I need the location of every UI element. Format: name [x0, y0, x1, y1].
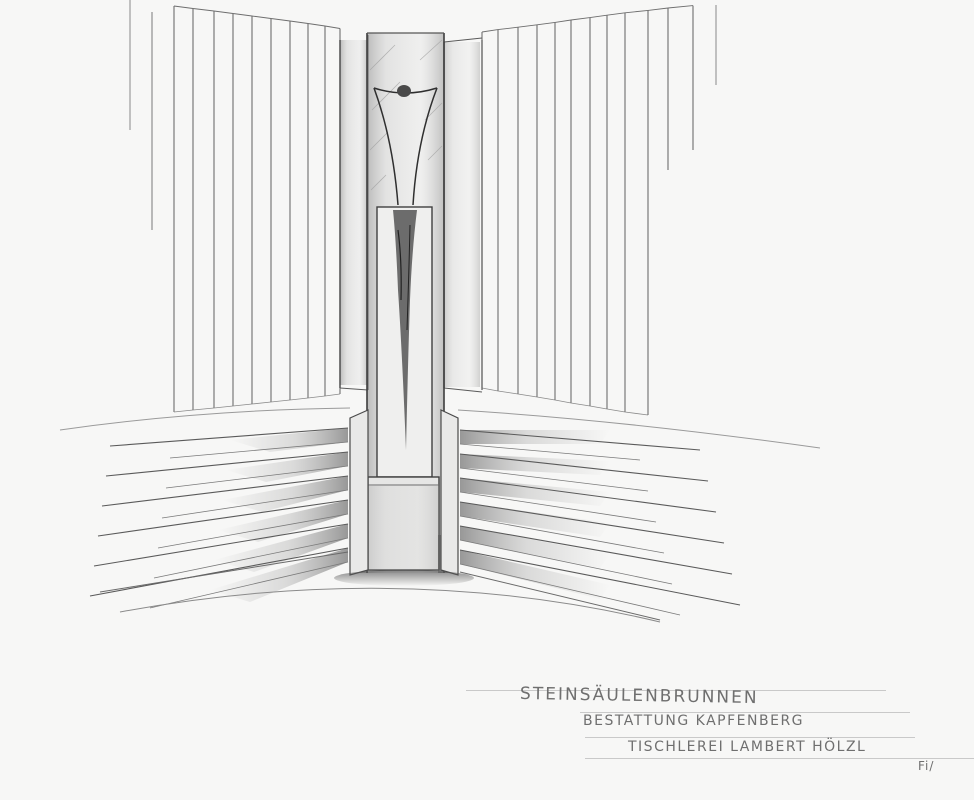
right-recess — [444, 38, 482, 392]
drawing-title: Steinsäulenbrunnen — [520, 684, 759, 708]
right-bench-side — [441, 410, 458, 575]
left-bench-side — [350, 410, 368, 575]
left-bench-slats — [90, 428, 348, 608]
right-bench-slats — [460, 430, 740, 620]
fountain-sketch — [0, 0, 974, 800]
left-recess — [340, 35, 368, 390]
stone-column — [377, 207, 432, 477]
drawing-maker: Tischlerei Lambert Hölzl — [628, 739, 866, 755]
caption-rule-4 — [585, 758, 974, 759]
caption-rule-3 — [585, 737, 915, 738]
drawing-client: Bestattung Kapfenberg — [583, 713, 804, 729]
floor-shadow — [334, 570, 474, 586]
sphere-ornament — [397, 85, 411, 97]
left-wall-panels — [130, 0, 340, 412]
right-wall-panels — [482, 5, 716, 415]
drawing-signature: Fi/ — [918, 759, 934, 773]
